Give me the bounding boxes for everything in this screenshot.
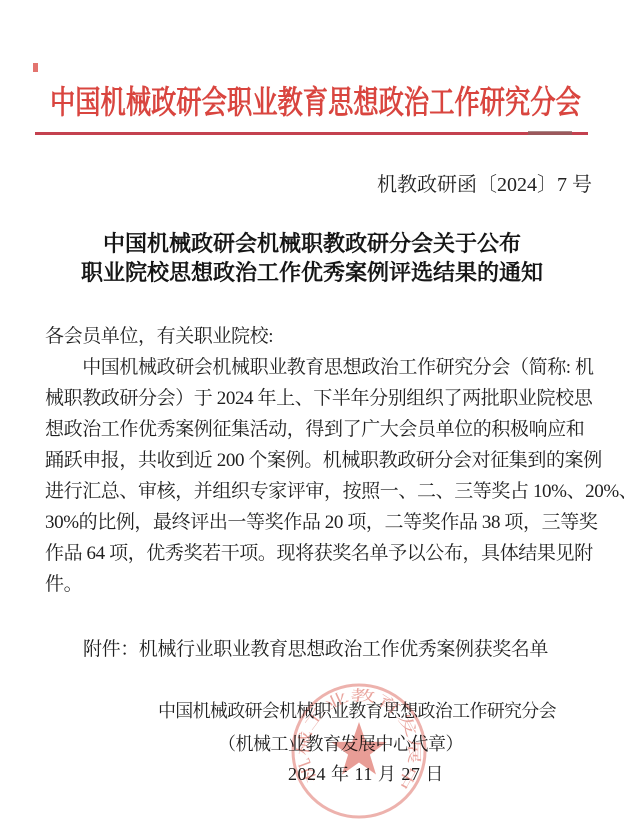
body-text: 各会员单位，有关职业院校: 中国机械政研会机械职业教育思想政治工作研究分会（简称…: [45, 321, 585, 600]
body-line: 件。: [45, 569, 585, 600]
body-line: 作品 64 项，优秀奖若干项。现将获奖名单予以公布，具体结果见附: [45, 538, 585, 569]
body-line: 械职教政研分会）于 2024 年上、下半年分别组织了两批职业院校思: [45, 383, 585, 414]
body-line: 各会员单位，有关职业院校:: [45, 321, 585, 352]
document-page: { "page": { "background_color": "#ffffff…: [0, 0, 624, 833]
body-line: 中国机械政研会机械职业教育思想政治工作研究分会（简称: 机: [45, 352, 585, 383]
scan-artifact-mark: [33, 63, 38, 72]
seal-star-icon: [331, 722, 386, 775]
letterhead-rule-dark-segment: [528, 131, 572, 135]
body-line: 踊跃申报，共收到近 200 个案例。机械职教政研分会对征集到的案例: [45, 445, 585, 476]
notice-title: 中国机械政研会机械职教政研分会关于公布 职业院校思想政治工作优秀案例评选结果的通…: [0, 229, 624, 287]
attachment-line: 附件：机械行业职业教育思想政治工作优秀案例获奖名单: [83, 634, 548, 661]
body-line: 进行汇总、审核，并组织专家评审，按照一、二、三等奖占 10%、20%、: [45, 476, 585, 507]
letterhead-rule: [35, 132, 588, 135]
letterhead-org-title: 中国机械政研会职业教育思想政治工作研究分会: [50, 77, 581, 123]
official-seal-stamp: 机械工业教育发展中心: [288, 680, 430, 822]
document-number: 机教政研函〔2024〕7 号: [377, 168, 592, 197]
notice-title-line2: 职业院校思想政治工作优秀案例评选结果的通知: [0, 258, 624, 287]
body-line: 想政治工作优秀案例征集活动，得到了广大会员单位的积极响应和: [45, 414, 585, 445]
notice-title-line1: 中国机械政研会机械职教政研分会关于公布: [0, 229, 624, 258]
body-line: 30%的比例，最终评出一等奖作品 20 项，二等奖作品 38 项，三等奖: [45, 507, 585, 538]
